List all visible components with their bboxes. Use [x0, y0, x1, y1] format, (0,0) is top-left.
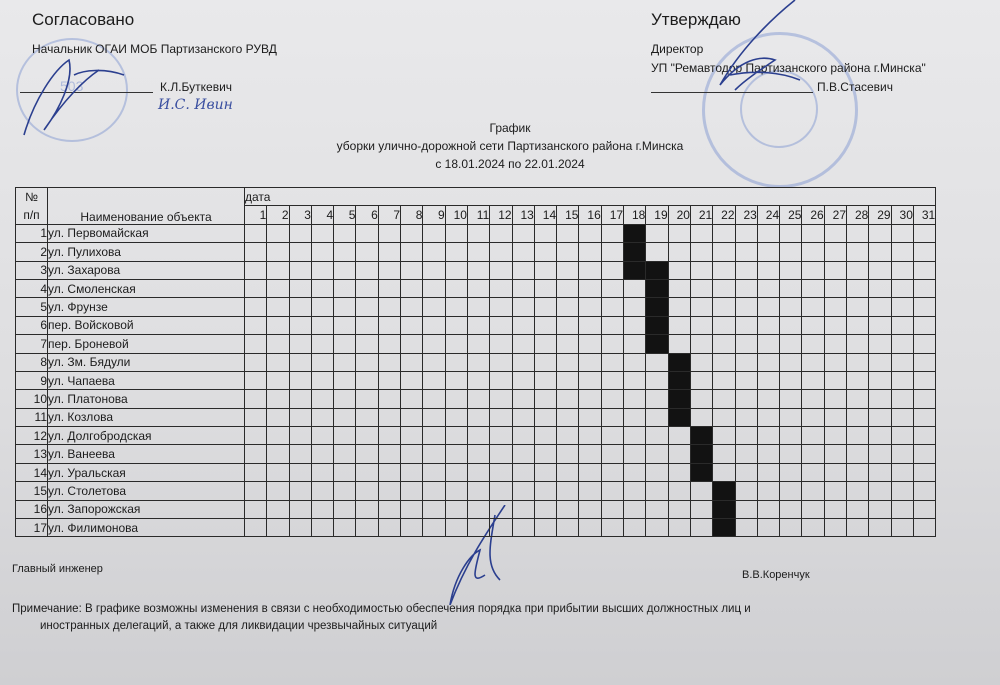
day-cell	[401, 482, 423, 500]
day-cell	[490, 390, 512, 408]
day-cell	[334, 279, 356, 297]
day-cell	[557, 279, 579, 297]
day-cell	[311, 298, 333, 316]
day-cell	[690, 500, 712, 518]
day-cell	[646, 224, 668, 242]
day-cell	[289, 353, 311, 371]
day-cell	[534, 482, 556, 500]
day-cell	[289, 390, 311, 408]
row-number: 9	[16, 371, 48, 389]
day-cell	[601, 445, 623, 463]
day-cell	[467, 353, 489, 371]
day-cell	[378, 500, 400, 518]
day-cell	[780, 353, 802, 371]
header-day: 26	[802, 206, 824, 224]
day-cell	[735, 298, 757, 316]
header-name: Наименование объекта	[48, 206, 245, 224]
day-cell	[245, 335, 267, 353]
day-cell	[735, 243, 757, 261]
day-cell	[401, 427, 423, 445]
header-date: дата	[245, 188, 936, 206]
day-cell	[378, 445, 400, 463]
scheduled-cell	[624, 224, 646, 242]
day-cell	[557, 482, 579, 500]
scheduled-cell	[646, 298, 668, 316]
day-cell	[289, 224, 311, 242]
day-cell	[401, 298, 423, 316]
header-day: 16	[579, 206, 601, 224]
header-day: 21	[690, 206, 712, 224]
day-cell	[713, 261, 735, 279]
day-cell	[824, 243, 846, 261]
day-cell	[512, 224, 534, 242]
row-number: 11	[16, 408, 48, 426]
header-day: 5	[334, 206, 356, 224]
day-cell	[356, 390, 378, 408]
day-cell	[534, 298, 556, 316]
day-cell	[356, 243, 378, 261]
day-cell	[534, 316, 556, 334]
day-cell	[445, 279, 467, 297]
row-number: 17	[16, 519, 48, 537]
object-name: ул. Фрунзе	[48, 298, 245, 316]
day-cell	[757, 224, 779, 242]
day-cell	[445, 371, 467, 389]
day-cell	[735, 335, 757, 353]
day-cell	[780, 482, 802, 500]
day-cell	[311, 519, 333, 537]
day-cell	[267, 371, 289, 389]
day-cell	[847, 500, 869, 518]
day-cell	[891, 371, 913, 389]
day-cell	[311, 482, 333, 500]
day-cell	[512, 335, 534, 353]
day-cell	[311, 316, 333, 334]
header-day: 25	[780, 206, 802, 224]
day-cell	[534, 390, 556, 408]
day-cell	[490, 298, 512, 316]
day-cell	[713, 279, 735, 297]
row-number: 12	[16, 427, 48, 445]
header-day: 9	[423, 206, 445, 224]
day-cell	[913, 243, 935, 261]
day-cell	[735, 371, 757, 389]
day-cell	[757, 335, 779, 353]
day-cell	[267, 445, 289, 463]
day-cell	[913, 261, 935, 279]
day-cell	[267, 243, 289, 261]
day-cell	[311, 261, 333, 279]
footer-name: В.В.Коренчук	[742, 569, 810, 581]
day-cell	[913, 371, 935, 389]
day-cell	[245, 261, 267, 279]
day-cell	[423, 224, 445, 242]
day-cell	[378, 390, 400, 408]
object-name: ул. Смоленская	[48, 279, 245, 297]
table-row: 15ул. Столетова	[16, 482, 936, 500]
day-cell	[824, 519, 846, 537]
day-cell	[601, 390, 623, 408]
day-cell	[445, 427, 467, 445]
day-cell	[891, 427, 913, 445]
day-cell	[668, 261, 690, 279]
header-day: 6	[356, 206, 378, 224]
scheduled-cell	[713, 519, 735, 537]
day-cell	[891, 224, 913, 242]
row-number: 10	[16, 390, 48, 408]
day-cell	[891, 298, 913, 316]
day-cell	[802, 224, 824, 242]
day-cell	[869, 353, 891, 371]
day-cell	[334, 335, 356, 353]
day-cell	[646, 353, 668, 371]
object-name: пер. Броневой	[48, 335, 245, 353]
day-cell	[267, 353, 289, 371]
day-cell	[557, 390, 579, 408]
day-cell	[824, 316, 846, 334]
scheduled-cell	[713, 482, 735, 500]
day-cell	[534, 261, 556, 279]
day-cell	[824, 408, 846, 426]
day-cell	[847, 482, 869, 500]
day-cell	[757, 482, 779, 500]
day-cell	[512, 482, 534, 500]
day-cell	[534, 243, 556, 261]
day-cell	[311, 335, 333, 353]
day-cell	[311, 445, 333, 463]
day-cell	[289, 519, 311, 537]
row-number: 13	[16, 445, 48, 463]
day-cell	[624, 519, 646, 537]
day-cell	[646, 371, 668, 389]
day-cell	[401, 224, 423, 242]
day-cell	[267, 519, 289, 537]
day-cell	[490, 371, 512, 389]
document-subtitle: уборки улично-дорожной сети Партизанског…	[0, 139, 1000, 153]
header-day: 10	[445, 206, 467, 224]
day-cell	[601, 298, 623, 316]
day-cell	[601, 279, 623, 297]
day-cell	[490, 519, 512, 537]
day-cell	[356, 408, 378, 426]
day-cell	[512, 298, 534, 316]
approval-right-title: Утверждаю	[651, 10, 741, 30]
day-cell	[757, 261, 779, 279]
day-cell	[735, 445, 757, 463]
row-number: 4	[16, 279, 48, 297]
day-cell	[891, 243, 913, 261]
header-day: 15	[557, 206, 579, 224]
day-cell	[534, 279, 556, 297]
day-cell	[334, 445, 356, 463]
day-cell	[289, 298, 311, 316]
day-cell	[579, 335, 601, 353]
day-cell	[534, 519, 556, 537]
day-cell	[824, 482, 846, 500]
day-cell	[624, 298, 646, 316]
day-cell	[467, 224, 489, 242]
day-cell	[423, 482, 445, 500]
day-cell	[245, 519, 267, 537]
row-number: 16	[16, 500, 48, 518]
table-row: 3ул. Захарова	[16, 261, 936, 279]
day-cell	[334, 519, 356, 537]
note-line-2: иностранных делегаций, а также для ликви…	[40, 620, 437, 632]
header-day: 2	[267, 206, 289, 224]
day-cell	[289, 445, 311, 463]
day-cell	[356, 463, 378, 481]
day-cell	[512, 519, 534, 537]
object-name: ул. Запорожская	[48, 500, 245, 518]
day-cell	[245, 353, 267, 371]
day-cell	[847, 279, 869, 297]
approval-left-name: К.Л.Буткевич	[160, 80, 232, 94]
day-cell	[512, 463, 534, 481]
day-cell	[401, 316, 423, 334]
day-cell	[646, 243, 668, 261]
day-cell	[445, 298, 467, 316]
day-cell	[646, 482, 668, 500]
day-cell	[713, 463, 735, 481]
row-number: 2	[16, 243, 48, 261]
day-cell	[579, 482, 601, 500]
day-cell	[267, 316, 289, 334]
day-cell	[713, 335, 735, 353]
day-cell	[334, 482, 356, 500]
day-cell	[245, 243, 267, 261]
day-cell	[802, 427, 824, 445]
day-cell	[311, 279, 333, 297]
day-cell	[467, 298, 489, 316]
day-cell	[601, 463, 623, 481]
day-cell	[802, 279, 824, 297]
day-cell	[356, 298, 378, 316]
day-cell	[624, 279, 646, 297]
day-cell	[557, 335, 579, 353]
day-cell	[490, 335, 512, 353]
table-row: 9ул. Чапаева	[16, 371, 936, 389]
object-name: пер. Войсковой	[48, 316, 245, 334]
day-cell	[690, 408, 712, 426]
object-name: ул. Пулихова	[48, 243, 245, 261]
day-cell	[401, 353, 423, 371]
day-cell	[913, 224, 935, 242]
day-cell	[490, 316, 512, 334]
day-cell	[713, 243, 735, 261]
day-cell	[601, 519, 623, 537]
day-cell	[601, 408, 623, 426]
row-number: 8	[16, 353, 48, 371]
day-cell	[847, 371, 869, 389]
day-cell	[847, 224, 869, 242]
day-cell	[334, 371, 356, 389]
day-cell	[378, 261, 400, 279]
day-cell	[579, 279, 601, 297]
day-cell	[601, 500, 623, 518]
day-cell	[624, 500, 646, 518]
day-cell	[601, 482, 623, 500]
scheduled-cell	[690, 445, 712, 463]
day-cell	[713, 224, 735, 242]
day-cell	[913, 353, 935, 371]
day-cell	[802, 519, 824, 537]
day-cell	[245, 482, 267, 500]
day-cell	[579, 371, 601, 389]
day-cell	[579, 427, 601, 445]
day-cell	[913, 298, 935, 316]
day-cell	[579, 298, 601, 316]
object-name: ул. Захарова	[48, 261, 245, 279]
day-cell	[490, 500, 512, 518]
day-cell	[780, 427, 802, 445]
day-cell	[311, 463, 333, 481]
day-cell	[824, 427, 846, 445]
day-cell	[780, 371, 802, 389]
day-cell	[735, 500, 757, 518]
scheduled-cell	[713, 500, 735, 518]
day-cell	[334, 243, 356, 261]
day-cell	[267, 224, 289, 242]
day-cell	[869, 427, 891, 445]
day-cell	[378, 298, 400, 316]
day-cell	[913, 279, 935, 297]
day-cell	[334, 427, 356, 445]
day-cell	[445, 243, 467, 261]
day-cell	[401, 445, 423, 463]
day-cell	[824, 224, 846, 242]
day-cell	[824, 445, 846, 463]
day-cell	[334, 316, 356, 334]
day-cell	[512, 316, 534, 334]
object-name: ул. Уральская	[48, 463, 245, 481]
day-cell	[690, 353, 712, 371]
day-cell	[646, 390, 668, 408]
day-cell	[423, 463, 445, 481]
day-cell	[401, 243, 423, 261]
day-cell	[490, 279, 512, 297]
day-cell	[802, 261, 824, 279]
header-day: 1	[245, 206, 267, 224]
day-cell	[467, 279, 489, 297]
day-cell	[289, 427, 311, 445]
day-cell	[601, 335, 623, 353]
day-cell	[668, 243, 690, 261]
document-period: с 18.01.2024 по 22.01.2024	[0, 157, 1000, 171]
day-cell	[267, 335, 289, 353]
day-cell	[401, 500, 423, 518]
table-row: 12ул. Долгобродская	[16, 427, 936, 445]
day-cell	[401, 371, 423, 389]
day-cell	[311, 371, 333, 389]
day-cell	[356, 445, 378, 463]
day-cell	[913, 335, 935, 353]
day-cell	[847, 243, 869, 261]
day-cell	[356, 316, 378, 334]
day-cell	[579, 261, 601, 279]
day-cell	[334, 224, 356, 242]
day-cell	[847, 519, 869, 537]
day-cell	[467, 519, 489, 537]
table-row: 8ул. Зм. Бядули	[16, 353, 936, 371]
day-cell	[534, 353, 556, 371]
day-cell	[735, 427, 757, 445]
day-cell	[824, 261, 846, 279]
day-cell	[891, 335, 913, 353]
day-cell	[334, 390, 356, 408]
day-cell	[869, 445, 891, 463]
object-name: ул. Долгобродская	[48, 427, 245, 445]
day-cell	[378, 463, 400, 481]
scheduled-cell	[646, 261, 668, 279]
day-cell	[311, 427, 333, 445]
day-cell	[690, 482, 712, 500]
day-cell	[690, 335, 712, 353]
day-cell	[534, 427, 556, 445]
day-cell	[757, 427, 779, 445]
day-cell	[757, 445, 779, 463]
day-cell	[869, 224, 891, 242]
day-cell	[646, 519, 668, 537]
header-day: 19	[646, 206, 668, 224]
day-cell	[713, 390, 735, 408]
day-cell	[557, 371, 579, 389]
day-cell	[356, 279, 378, 297]
day-cell	[445, 500, 467, 518]
day-cell	[713, 445, 735, 463]
day-cell	[490, 408, 512, 426]
day-cell	[245, 371, 267, 389]
table-row: 14ул. Уральская	[16, 463, 936, 481]
day-cell	[512, 445, 534, 463]
day-cell	[445, 408, 467, 426]
day-cell	[690, 261, 712, 279]
day-cell	[624, 353, 646, 371]
day-cell	[847, 463, 869, 481]
day-cell	[847, 353, 869, 371]
day-cell	[601, 316, 623, 334]
day-cell	[534, 408, 556, 426]
scheduled-cell	[690, 463, 712, 481]
day-cell	[490, 482, 512, 500]
day-cell	[245, 298, 267, 316]
day-cell	[891, 482, 913, 500]
day-cell	[869, 298, 891, 316]
day-cell	[334, 353, 356, 371]
day-cell	[445, 482, 467, 500]
day-cell	[668, 316, 690, 334]
day-cell	[378, 316, 400, 334]
day-cell	[534, 335, 556, 353]
day-cell	[624, 445, 646, 463]
table-row: 1ул. Первомайская	[16, 224, 936, 242]
day-cell	[423, 335, 445, 353]
day-cell	[579, 463, 601, 481]
day-cell	[891, 390, 913, 408]
day-cell	[802, 298, 824, 316]
day-cell	[267, 463, 289, 481]
day-cell	[311, 353, 333, 371]
day-cell	[824, 500, 846, 518]
day-cell	[467, 390, 489, 408]
day-cell	[824, 279, 846, 297]
day-cell	[557, 353, 579, 371]
day-cell	[245, 224, 267, 242]
day-cell	[579, 500, 601, 518]
day-cell	[557, 224, 579, 242]
day-cell	[601, 261, 623, 279]
day-cell	[267, 298, 289, 316]
day-cell	[891, 445, 913, 463]
